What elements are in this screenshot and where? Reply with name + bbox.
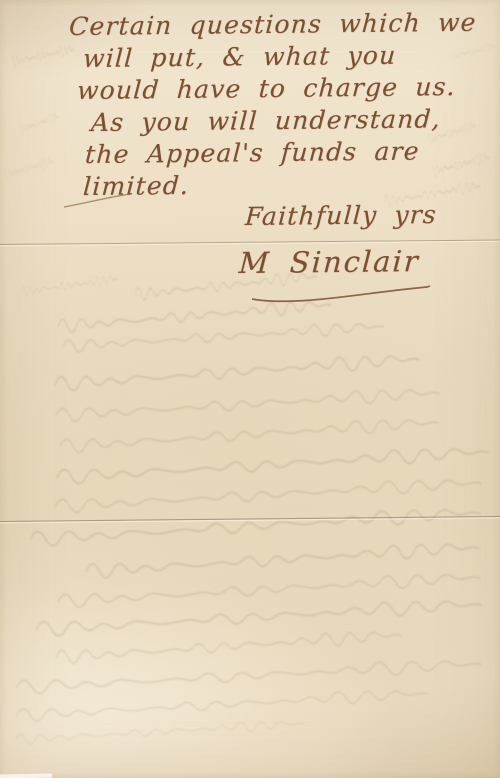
letter-line-1: Certain questions which we <box>68 8 477 41</box>
signature: M Sinclair <box>238 244 421 280</box>
letter-line-4: As you will understand, <box>90 104 441 137</box>
letter-line-2: will put, & what you <box>82 41 397 73</box>
scan-edge-sliver <box>0 774 52 778</box>
letter-page: Certain questions which we will put, & w… <box>0 0 500 778</box>
letter-line-6: limited. <box>82 171 190 201</box>
letter-line-3: would have to charge us. <box>76 72 457 105</box>
signature-flourish <box>252 286 430 301</box>
fold-crease-upper <box>0 240 500 246</box>
closing-line: Faithfully yrs <box>244 200 438 231</box>
letter-line-5: the Appeal's funds are <box>84 136 420 169</box>
